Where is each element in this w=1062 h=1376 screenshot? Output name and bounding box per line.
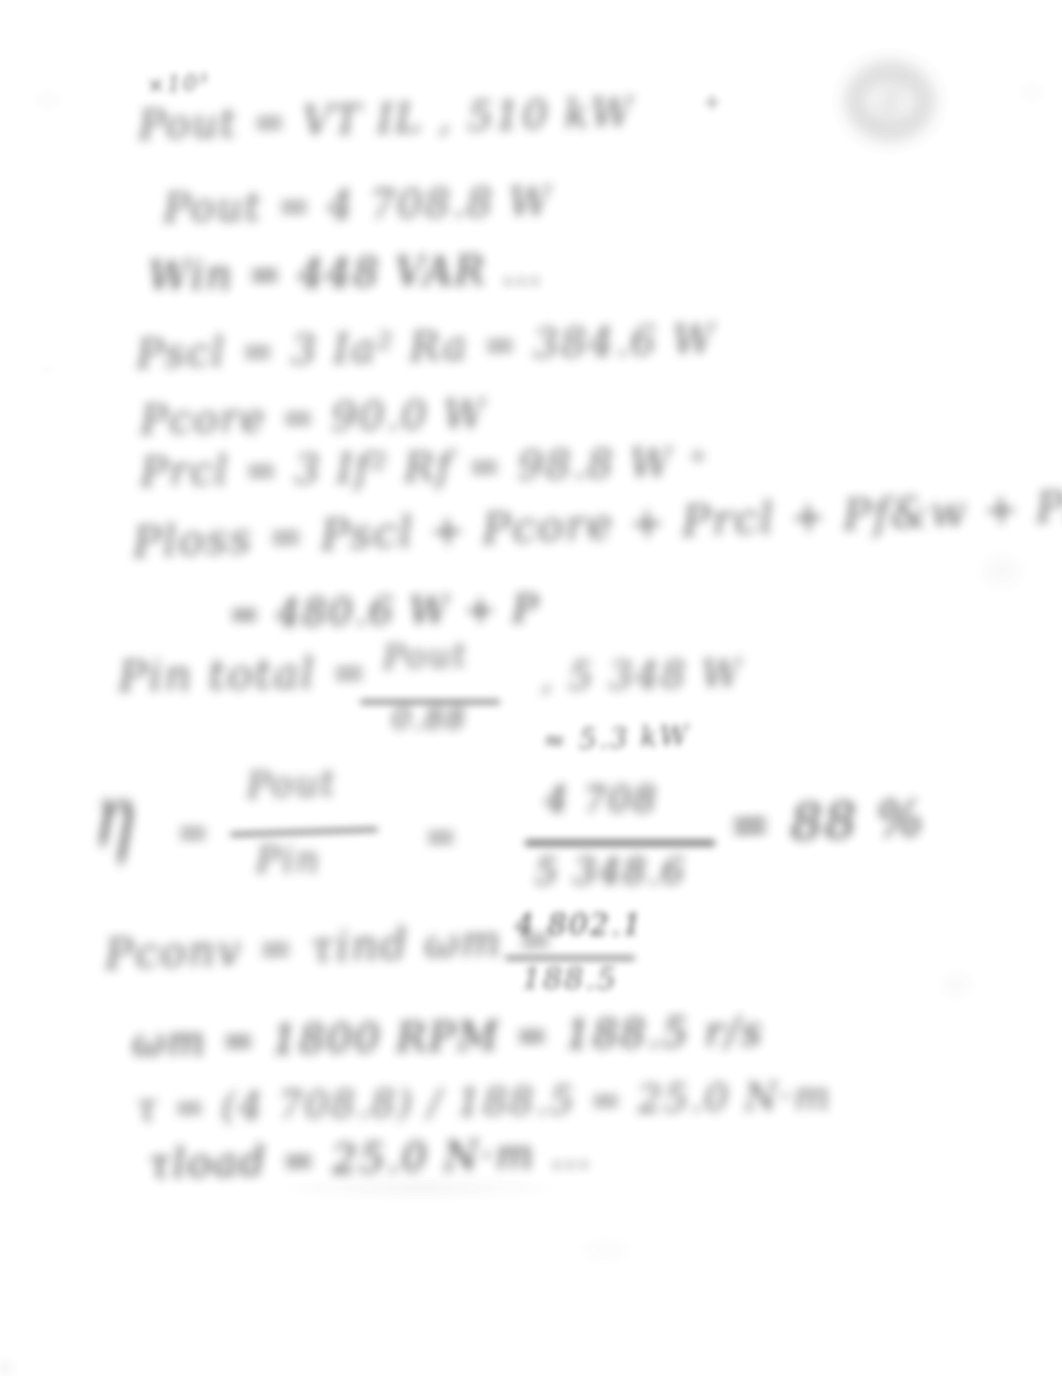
superscript-plus-mark: + [702,88,724,116]
fraction2-bar [230,827,378,836]
flourish-underline-smudge [205,1176,635,1200]
fraction2-denominator: Pin [256,840,321,881]
page-number-circled: 2 [852,68,928,134]
fraction1-denominator: 0.88 [392,702,467,737]
eq-rotor-copper-loss: Prcl = 3 If² Rf = 98.8 W ⁺ [140,440,711,496]
eq-output-power-value: Pout = 4 708.8 W [163,179,552,232]
eq-loss-value: = 480.6 W + P [228,587,540,636]
fraction3-denominator: 5 348.6 [535,852,686,893]
scan-smudge [36,364,58,376]
fraction3-bar [525,840,715,846]
fraction3-numerator: 4 708 [545,780,658,821]
eta-symbol: η [93,768,138,866]
scan-smudge [560,1230,650,1270]
exponent-scribble: ×10³ [146,71,210,99]
equals-sign-1: = [176,810,212,856]
eq-torque-calculation: τ = (4 708.8) / 188.5 = 25.0 N·m [136,1074,832,1130]
eq-converted-power: Pconv = τind ωm = [104,914,556,979]
eq-reactive-power: Win = 448 VAR … [148,247,544,300]
eq-input-power-value: , 5 348 W [540,651,743,699]
fraction1-numerator: Pout [382,635,469,678]
fraction4-denominator: 188.5 [522,962,618,997]
fraction2-numerator: Pout [246,763,337,807]
scan-smudge [26,88,70,110]
eq-output-power-formula: Pout = VT IL , 510 kW [138,90,634,149]
scan-smudge [966,542,1038,600]
eq-input-power-label: Pin total = [118,648,369,701]
fraction4-bar [505,956,635,960]
scan-smudge [1014,78,1050,106]
equals-sign-2: = [424,814,460,860]
eq-stator-copper-loss: Pscl = 3 Ia² Ra = 384.6 W [136,317,716,378]
corner-mark [0,1360,16,1376]
handwritten-notes-page: 2 ×10³ Pout = VT IL , 510 kW + Pout = 4 … [0,0,1062,1376]
eq-speed-conversion: ωm = 1800 RPM = 188.5 r/s [132,1009,764,1066]
eq-core-loss: Pcore = 90.0 W [140,392,487,444]
fraction4-numerator: 4 802.1 [515,908,644,943]
eq-efficiency-result: = 88 % [728,789,927,854]
scan-smudge [928,962,986,1008]
note-approx-value: ≈ 5.3 kW [542,719,691,757]
